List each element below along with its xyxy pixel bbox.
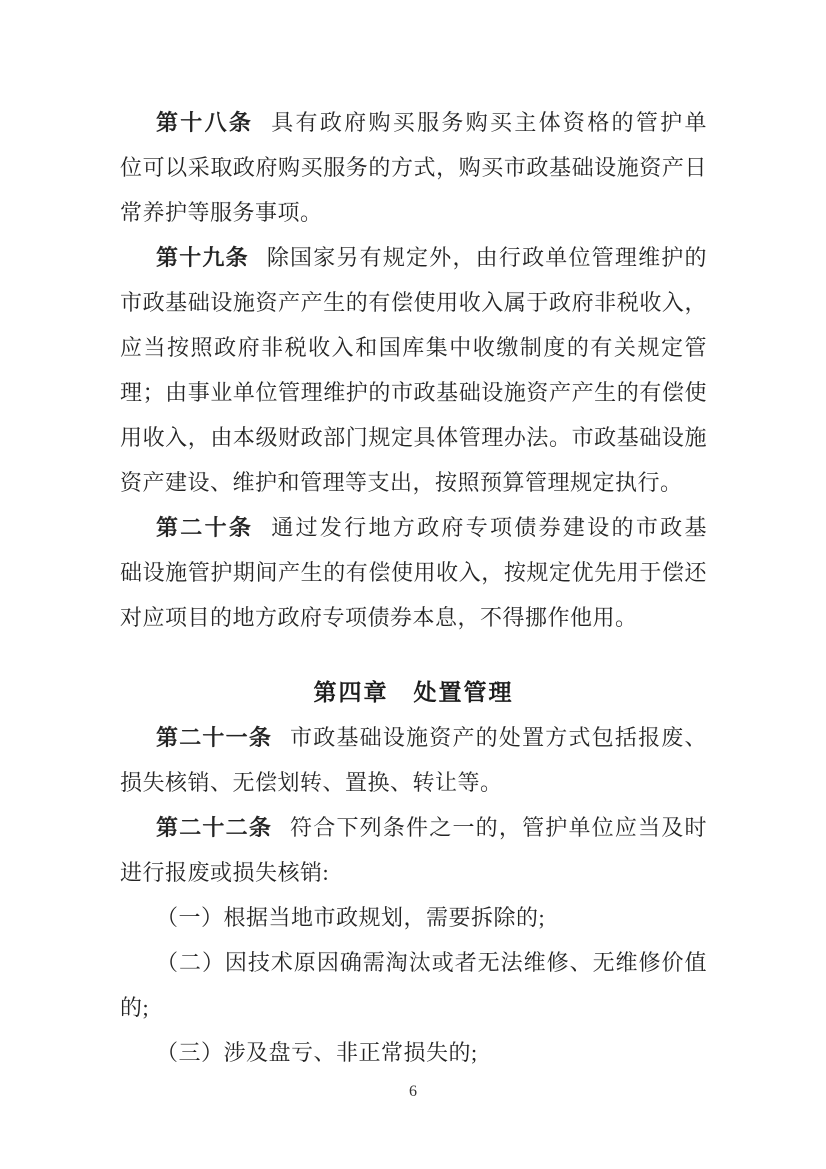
article-number-label: 第二十条 [156,515,253,540]
list-item-line: （二）因技术原因确需淘汰或者无法维修、无维修价值 [120,940,707,985]
line-text: 符合下列条件之一的，管护单位应当及时 [290,815,707,840]
article-text-line: 第十八条具有政府购买服务购买主体资格的管护单 [120,100,707,145]
page-number: 6 [0,1082,826,1102]
line-text: 除国家另有规定外，由行政单位管理维护的 [267,245,707,270]
article-text-line: 础设施管护期间产生的有偿使用收入，按规定优先用于偿还 [120,550,707,595]
list-item-line: 的; [120,985,707,1030]
article-text-line: 第二十条通过发行地方政府专项债券建设的市政基 [120,505,707,550]
article-text-line: 应当按照政府非税收入和国库集中收缴制度的有关规定管 [120,325,707,370]
article-text-line: 用收入，由本级财政部门规定具体管理办法。市政基础设施 [120,415,707,460]
list-item-line: （一）根据当地市政规划，需要拆除的; [120,895,707,940]
line-text: 市政基础设施资产的处置方式包括报废、 [290,725,707,750]
article-text-line: 资产建设、维护和管理等支出，按照预算管理规定执行。 [120,460,707,505]
article-text-line: 市政基础设施资产产生的有偿使用收入属于政府非税收入， [120,280,707,325]
article-number-label: 第十九条 [156,245,249,270]
line-text: 具有政府购买服务购买主体资格的管护单 [271,110,707,135]
line-text: 通过发行地方政府专项债券建设的市政基 [271,515,707,540]
article-text-line: 第二十二条符合下列条件之一的，管护单位应当及时 [120,805,707,850]
chapter-heading: 第四章 处置管理 [120,670,707,715]
article-text-line: 理；由事业单位管理维护的市政基础设施资产产生的有偿使 [120,370,707,415]
text-block: 第十八条具有政府购买服务购买主体资格的管护单位可以采取政府购买服务的方式，购买市… [120,100,707,1075]
document-page: 第十八条具有政府购买服务购买主体资格的管护单位可以采取政府购买服务的方式，购买市… [0,0,826,1169]
article-number-label: 第二十二条 [156,815,272,840]
article-number-label: 第二十一条 [156,725,272,750]
article-text-line: 常养护等服务事项。 [120,190,707,235]
list-item-line: （三）涉及盘亏、非正常损失的; [120,1030,707,1075]
article-text-line: 对应项目的地方政府专项债券本息，不得挪作他用。 [120,595,707,640]
article-text-line: 第十九条除国家另有规定外，由行政单位管理维护的 [120,235,707,280]
article-text-line: 损失核销、无偿划转、置换、转让等。 [120,760,707,805]
article-text-line: 进行报废或损失核销: [120,850,707,895]
article-number-label: 第十八条 [156,110,253,135]
article-text-line: 第二十一条市政基础设施资产的处置方式包括报废、 [120,715,707,760]
article-text-line: 位可以采取政府购买服务的方式，购买市政基础设施资产日 [120,145,707,190]
